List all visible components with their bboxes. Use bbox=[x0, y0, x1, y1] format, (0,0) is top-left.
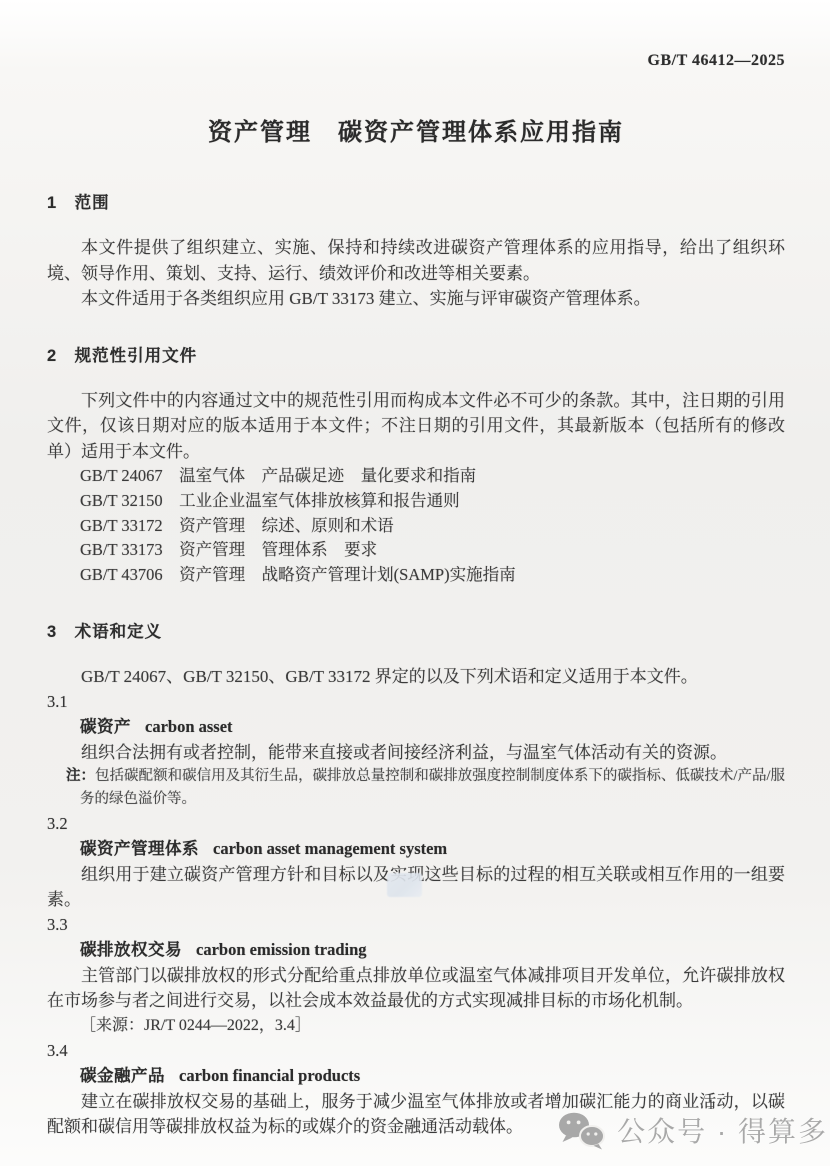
note-label: 注： bbox=[66, 768, 95, 784]
term-definition: 组织合法拥有或者控制，能带来直接或者间接经济利益，与温室气体活动有关的资源。 bbox=[47, 740, 785, 765]
term-title-zh: 碳资产管理体系 bbox=[80, 840, 199, 858]
term-note: 注：包括碳配额和碳信用及其衍生品，碳排放总量控制和碳排放强度控制制度体系下的碳指… bbox=[80, 765, 785, 811]
term-title-zh: 碳排放权交易 bbox=[80, 941, 182, 959]
section-1-heading: 1 范围 bbox=[47, 189, 785, 213]
section-1-paragraph-1: 本文件提供了组织建立、实施、保持和持续改进碳资产管理体系的应用指导，给出了组织环… bbox=[47, 235, 785, 286]
term-number: 3.4 bbox=[47, 1038, 785, 1063]
term-title: 碳资产carbon asset bbox=[80, 714, 785, 740]
wechat-watermark: 公众号 · 得算多 bbox=[557, 1110, 828, 1150]
term-title-en: carbon financial products bbox=[179, 1066, 360, 1085]
document-page: GB/T 46412—2025 资产管理 碳资产管理体系应用指南 1 范围 本文… bbox=[0, 0, 830, 1166]
page-content: GB/T 46412—2025 资产管理 碳资产管理体系应用指南 1 范围 本文… bbox=[47, 0, 785, 1139]
faint-watermark bbox=[387, 873, 422, 897]
reference-item: GB/T 24067 温室气体 产品碳足迹 量化要求和指南 bbox=[80, 464, 785, 489]
term-title: 碳排放权交易carbon emission trading bbox=[80, 937, 785, 963]
source-reference: ［来源：JR/T 0244—2022，3.4］ bbox=[80, 1013, 785, 1038]
section-3-intro: GB/T 24067、GB/T 32150、GB/T 33172 界定的以及下列… bbox=[47, 664, 785, 690]
standard-code: GB/T 46412—2025 bbox=[47, 0, 785, 70]
term-title: 碳资产管理体系carbon asset management system bbox=[80, 836, 785, 862]
term-number: 3.2 bbox=[47, 811, 785, 836]
term-title-en: carbon emission trading bbox=[196, 940, 367, 959]
section-3-heading: 3 术语和定义 bbox=[47, 618, 785, 642]
reference-item: GB/T 43706 资产管理 战略资产管理计划(SAMP)实施指南 bbox=[80, 563, 785, 588]
document-title: 资产管理 碳资产管理体系应用指南 bbox=[47, 112, 785, 147]
section-1-paragraph-2: 本文件适用于各类组织应用 GB/T 33173 建立、实施与评审碳资产管理体系。 bbox=[47, 286, 785, 312]
watermark-text: 公众号 · 得算多 bbox=[617, 1110, 828, 1150]
term-title-en: carbon asset management system bbox=[213, 839, 447, 858]
reference-item: GB/T 33172 资产管理 综述、原则和术语 bbox=[80, 514, 785, 539]
section-2-paragraph-1: 下列文件中的内容通过文中的规范性引用而构成本文件必不可少的条款。其中，注日期的引… bbox=[47, 388, 785, 465]
section-2-heading: 2 规范性引用文件 bbox=[47, 342, 785, 366]
term-number: 3.3 bbox=[47, 912, 785, 937]
reference-item: GB/T 33173 资产管理 管理体系 要求 bbox=[80, 538, 785, 563]
term-definition: 主管部门以碳排放权的形式分配给重点排放单位或温室气体减排项目开发单位，允许碳排放… bbox=[47, 963, 785, 1013]
term-title-en: carbon asset bbox=[145, 717, 233, 736]
term-title: 碳金融产品carbon financial products bbox=[80, 1063, 785, 1089]
wechat-icon bbox=[557, 1110, 607, 1150]
term-title-zh: 碳金融产品 bbox=[80, 1067, 165, 1085]
reference-item: GB/T 32150 工业企业温室气体排放核算和报告通则 bbox=[80, 489, 785, 514]
term-number: 3.1 bbox=[47, 689, 785, 714]
normative-references-list: GB/T 24067 温室气体 产品碳足迹 量化要求和指南 GB/T 32150… bbox=[80, 464, 785, 588]
term-title-zh: 碳资产 bbox=[80, 718, 131, 736]
note-text: 包括碳配额和碳信用及其衍生品，碳排放总量控制和碳排放强度控制制度体系下的碳指标、… bbox=[80, 768, 785, 807]
